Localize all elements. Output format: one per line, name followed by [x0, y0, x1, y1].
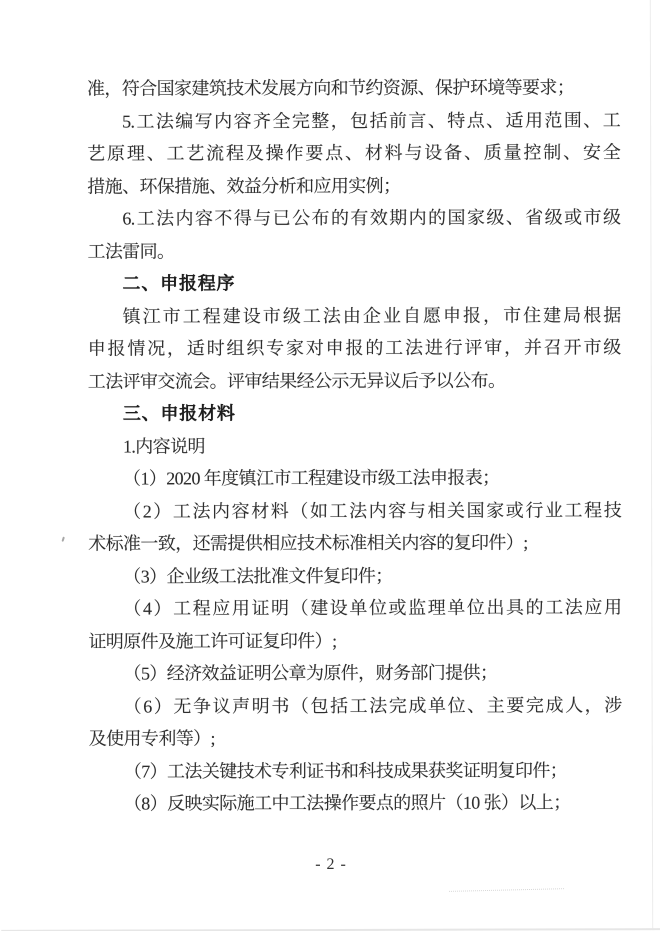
text-line: 1.内容说明 [88, 429, 621, 463]
text-line: 二、申报程序 [87, 266, 620, 300]
text-line: 6.工法内容不得与已公布的有效期内的国家级、省级或市级 [87, 201, 620, 235]
scan-page-edge-line [650, 0, 653, 930]
text-line: 准，符合国家建筑技术发展方向和节约资源、保护环境等要求； [87, 71, 620, 105]
text-line: （5）经济效益证明公章为原件，财务部门提供； [89, 656, 622, 690]
page-number: - 2 - [1, 855, 660, 875]
text-line: 镇江市工程建设市级工法由企业自愿申报，市住建局根据 [88, 299, 621, 333]
text-line: （6）无争议声明书（包括工法完成单位、主要完成人，涉 [89, 689, 622, 723]
text-line: 术标准一致，还需提供相应技术标准相关内容的复印件）; [88, 526, 621, 560]
text-line: 及使用专利等）; [89, 721, 622, 755]
scan-speck [61, 537, 64, 542]
text-line: 措施、环保措施、效益分析和应用实例； [87, 169, 620, 203]
text-line: （1）2020 年度镇江市工程建设市级工法申报表； [88, 461, 621, 495]
text-line: （4）工程应用证明（建设单位或监理单位出具的工法应用 [88, 591, 621, 625]
text-line: 5.工法编写内容齐全完整，包括前言、特点、适用范围、工 [87, 104, 620, 138]
document-body: 准，符合国家建筑技术发展方向和节约资源、保护环境等要求；5.工法编写内容齐全完整… [87, 71, 622, 820]
text-line: （3）企业级工法批准文件复印件； [88, 559, 621, 593]
scanned-page: 准，符合国家建筑技术发展方向和节约资源、保护环境等要求；5.工法编写内容齐全完整… [0, 0, 660, 931]
scan-noise-smudge [449, 888, 564, 898]
text-line: 申报情况，适时组织专家对申报的工法进行评审，并召开市级 [88, 331, 621, 365]
text-line: （2）工法内容材料（如工法内容与相关国家或行业工程技 [88, 494, 621, 528]
text-line: 三、申报材料 [88, 396, 621, 430]
text-line: （8）反映实际施工中工法操作要点的照片（10 张）以上； [89, 786, 622, 820]
text-line: 证明原件及施工许可证复印件）; [88, 624, 621, 658]
text-line: （7）工法关键技术专利证书和科技成果获奖证明复印件； [89, 754, 622, 788]
text-line: 工法雷同。 [87, 234, 620, 268]
text-line: 艺原理、工艺流程及操作要点、材料与设备、质量控制、安全 [87, 136, 620, 170]
text-line: 工法评审交流会。评审结果经公示无异议后予以公布。 [88, 364, 621, 398]
